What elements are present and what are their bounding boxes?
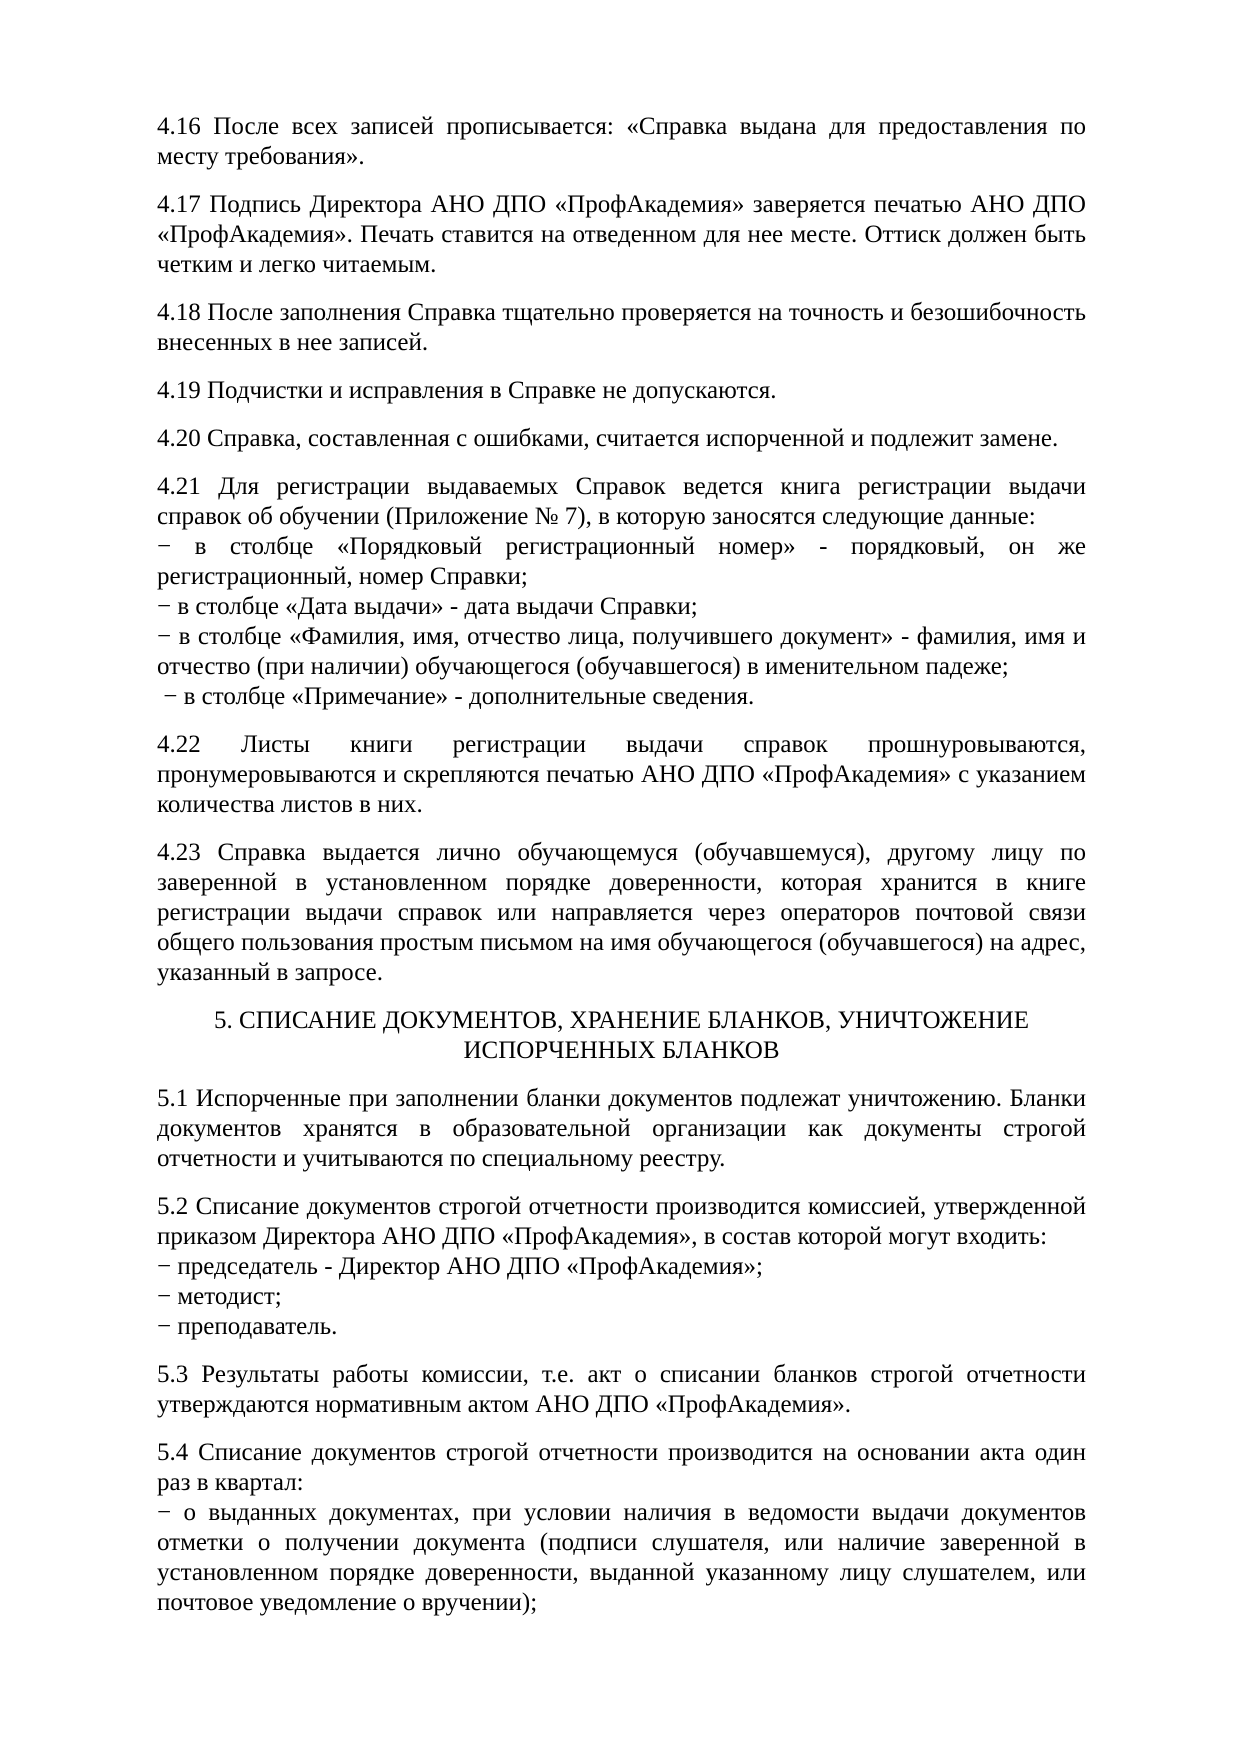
list-item-issued-documents: − о выданных документах, при условии нал…: [157, 1498, 1086, 1618]
paragraph-4-21-intro: 4.21 Для регистрации выдаваемых Справок …: [157, 472, 1086, 532]
paragraph-5-4-intro: 5.4 Списание документов строгой отчетнос…: [157, 1438, 1086, 1498]
list-item-methodist: − методист;: [157, 1282, 1086, 1312]
list-item-note: − в столбце «Примечание» - дополнительны…: [157, 682, 1086, 712]
list-item-full-name: − в столбце «Фамилия, имя, отчество лица…: [157, 622, 1086, 682]
paragraph-5-3: 5.3 Результаты работы комиссии, т.е. акт…: [157, 1360, 1086, 1420]
list-item-register-number: − в столбце «Порядковый регистрационный …: [157, 532, 1086, 592]
paragraph-5-2-intro: 5.2 Списание документов строгой отчетнос…: [157, 1192, 1086, 1252]
paragraph-4-20: 4.20 Справка, составленная с ошибками, с…: [157, 424, 1086, 454]
paragraph-4-17: 4.17 Подпись Директора АНО ДПО «ПрофАкад…: [157, 190, 1086, 280]
paragraph-5-1: 5.1 Испорченные при заполнении бланки до…: [157, 1084, 1086, 1174]
paragraph-4-23: 4.23 Справка выдается лично обучающемуся…: [157, 838, 1086, 988]
paragraph-4-22: 4.22 Листы книги регистрации выдачи спра…: [157, 730, 1086, 820]
paragraph-5-2: 5.2 Списание документов строгой отчетнос…: [157, 1192, 1086, 1342]
list-item-chairman: − председатель - Директор АНО ДПО «ПрофА…: [157, 1252, 1086, 1282]
paragraph-5-4: 5.4 Списание документов строгой отчетнос…: [157, 1438, 1086, 1618]
paragraph-4-16: 4.16 После всех записей прописывается: «…: [157, 112, 1086, 172]
document-page: 4.16 После всех записей прописывается: «…: [0, 0, 1241, 1755]
paragraph-4-19: 4.19 Подчистки и исправления в Справке н…: [157, 376, 1086, 406]
list-item-teacher: − преподаватель.: [157, 1312, 1086, 1342]
list-item-issue-date: − в столбце «Дата выдачи» - дата выдачи …: [157, 592, 1086, 622]
section-5-heading: 5. СПИСАНИЕ ДОКУМЕНТОВ, ХРАНЕНИЕ БЛАНКОВ…: [157, 1006, 1086, 1066]
paragraph-4-21: 4.21 Для регистрации выдаваемых Справок …: [157, 472, 1086, 712]
paragraph-4-18: 4.18 После заполнения Справка тщательно …: [157, 298, 1086, 358]
